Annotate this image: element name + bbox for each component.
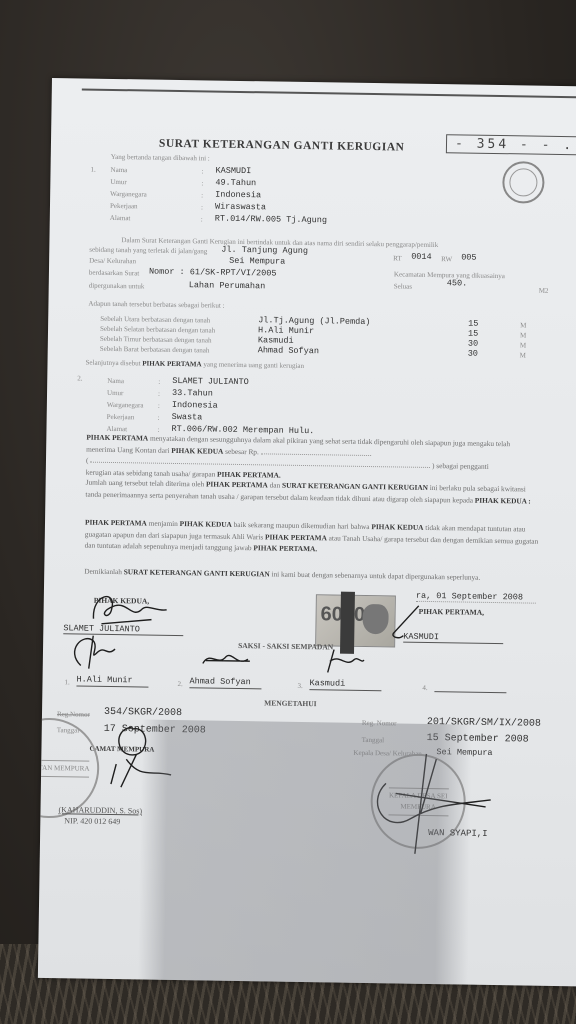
desa-value: Sei Mempura (229, 256, 285, 267)
luas-unit: M2 (539, 287, 549, 295)
surat-label: berdasarkan Surat (89, 269, 139, 278)
p1-a: PIHAK PERTAMA (86, 433, 148, 443)
left-name: (KAHARUDDIN, S. Sos) (58, 805, 142, 815)
field-colon: : (158, 390, 160, 398)
party1-index: 1. (91, 166, 96, 174)
intro-text: Yang bertanda tangan dibawah ini : (111, 153, 210, 163)
field-label: Umur (110, 178, 126, 186)
field-value: RT.014/RW.005 Tj.Agung (215, 214, 327, 226)
border-unit: M (520, 341, 526, 349)
outro-bold: PIHAK PERTAMA (142, 359, 201, 368)
field-colon: : (158, 402, 160, 410)
border-length: 30 (468, 339, 478, 349)
p2-c: dan (270, 480, 281, 489)
border-value: Ahmad Sofyan (258, 345, 319, 356)
field-label: Umur (107, 389, 123, 397)
party2-fields: Nama:SLAMET JULIANTOUmur:33.TahunWargane… (52, 78, 576, 86)
field-label: Nama (107, 377, 124, 385)
field-label: Nama (111, 166, 128, 174)
witness-index: 1. (64, 678, 69, 686)
border-value: Kasmudi (258, 335, 294, 346)
border-label: Sebelah Barat berbatasan dengan tanah (100, 345, 210, 355)
witness-name: Ahmad Sofyan (189, 676, 261, 689)
outro-post: yang menerima uang ganti kerugian (203, 360, 304, 370)
field-colon: : (201, 215, 203, 223)
left-reg-value: 354/SKGR/2008 (104, 707, 182, 719)
right-name: WAN SYAPI,I (428, 828, 488, 839)
left-nip: NIP. 420 012 649 (64, 816, 120, 826)
right-reg-value: 201/SKGR/SM/IX/2008 (427, 717, 541, 730)
party2-index: 2. (77, 374, 82, 382)
luas-value: 450. (447, 278, 468, 288)
field-label: Pekerjaan (110, 202, 138, 210)
mengetahui-title: MENGETAHUI (264, 698, 317, 708)
p4-a: Demikianlah (84, 567, 122, 577)
outro-pre: Selanjutnya disebut (85, 359, 140, 368)
borders-outro: Selanjutnya disebut PIHAK PERTAMA yang m… (85, 359, 304, 370)
left-reg-label: Reg.Nomor (57, 710, 90, 719)
p2-b: PIHAK PERTAMA (206, 479, 268, 489)
signature-witness-3 (318, 647, 368, 676)
p1-b: menyatakan dengan sesungguhnya dalam aka… (86, 434, 510, 455)
field-value: Swasta (172, 412, 203, 422)
top-stamp (502, 161, 545, 204)
witnesses-list: 1.H.Ali Munir2.Ahmad Sofyan3.Kasmudi4. (52, 78, 576, 86)
document-title: SURAT KETERANGAN GANTI KERUGIAN (159, 138, 405, 154)
surat-value: Nomor : 61/SK-RPT/VI/2005 (149, 267, 277, 279)
border-label: Sebelah Utara berbatasan dengan tanah (100, 315, 210, 325)
right-reg-label: Reg. Nomor (362, 719, 397, 728)
use-label: dipergunakan untuk (89, 282, 145, 291)
p3-c: PIHAK KEDUA (180, 519, 232, 529)
pihak-pertama-name: KASMUDI (403, 632, 503, 645)
witness-index: 2. (177, 680, 182, 688)
p1-c: PIHAK KEDUA (171, 445, 223, 455)
use-value: Lahan Perumahan (189, 280, 266, 291)
field-value: Wiraswasta (215, 202, 266, 213)
witness-name (434, 680, 506, 693)
field-colon: : (201, 179, 203, 187)
camat-stamp-text: KECAMATAN MEMPURA (38, 759, 90, 777)
field-label: Warganegara (107, 401, 144, 410)
border-length: 15 (468, 329, 478, 339)
p2-a: Jumlah uang tersebut telah diterima oleh (86, 478, 205, 489)
party1-fields: Nama:KASMUDIUmur:49.TahunWarganegara:Ind… (52, 78, 576, 86)
field-value: Indonesia (215, 190, 261, 201)
witness-index: 4. (422, 684, 427, 692)
border-unit: M (520, 321, 526, 329)
paragraph-3: PIHAK PERTAMA menjamin PIHAK KEDUA baik … (85, 517, 540, 559)
p1-d: sebesar Rp. (225, 446, 259, 456)
amount-blank (261, 453, 371, 456)
field-value: 49.Tahun (215, 178, 256, 189)
border-label: Sebelah Selatan berbatasan dengan tanah (100, 325, 215, 335)
pihak-pertama-label: PIHAK PERTAMA, (419, 607, 485, 617)
signature-witness-1 (63, 630, 134, 671)
revenue-stamp-strip (340, 592, 355, 654)
luas-label: Seluas (394, 282, 412, 290)
field-value: SLAMET JULIANTO (172, 376, 249, 387)
document-number-box: - 354 - - . - (446, 134, 576, 155)
place-date: ra, 01 September 2008 (416, 591, 536, 604)
p4-b: SURAT KETERANGAN GANTI KERUGIAN (124, 567, 270, 578)
p1-e: ) sebagai pengganti (432, 461, 489, 471)
top-rule (82, 88, 576, 98)
field-label: Warganegara (110, 190, 147, 199)
p3-b: menjamin (149, 519, 178, 528)
field-label: Alamat (110, 214, 131, 222)
field-colon: : (201, 191, 203, 199)
field-colon: : (201, 203, 203, 211)
document-page: SURAT KETERANGAN GANTI KERUGIAN - 354 - … (38, 78, 576, 986)
witness-name: H.Ali Munir (76, 674, 148, 687)
border-unit: M (520, 331, 526, 339)
street-value: Jl. Tanjung Agung (221, 245, 308, 256)
witness-name: Kasmudi (309, 678, 381, 691)
field-value: Indonesia (172, 400, 218, 411)
borders-intro: Adapun tanah tersebut berbatas sebagai b… (88, 300, 224, 310)
p3-d: baik sekarang maupun dikemudian hari bah… (234, 520, 370, 531)
rw-label: RW (441, 255, 452, 263)
border-length: 15 (468, 319, 478, 329)
signature-camat (91, 719, 182, 790)
field-value: 33.Tahun (172, 388, 213, 399)
desa-label: Desa/ Kelurahan (89, 257, 136, 266)
p4-c: ini kami buat dengan sebenarnya untuk da… (271, 570, 480, 582)
p1-g: PIHAK PERTAMA. (217, 469, 281, 479)
street-label: sebidang tanah yang terletak di jalan/ga… (89, 246, 207, 256)
field-colon: : (158, 378, 160, 386)
paragraph-4: Demikianlah SURAT KETERANGAN GANTI KERUG… (84, 566, 544, 585)
p2-f: PIHAK KEDUA : (475, 495, 531, 505)
field-colon: : (201, 167, 203, 175)
borders-list: Sebelah Utara berbatasan dengan tanahJl.… (52, 78, 576, 86)
field-colon: : (158, 414, 160, 422)
rt-label: RT (393, 254, 402, 262)
rt-value: 0014 (411, 252, 432, 262)
border-length: 30 (468, 349, 478, 359)
border-unit: M (520, 351, 526, 359)
p2-d: SURAT KETERANGAN GANTI KERUGIAN (282, 481, 428, 492)
p3-i: PIHAK PERTAMA. (253, 543, 317, 553)
field-value: KASMUDI (215, 166, 251, 177)
signature-witness-2 (198, 648, 258, 671)
signature-kepala-desa (365, 743, 497, 865)
rw-value: 005 (461, 252, 476, 262)
p3-e: PIHAK KEDUA (371, 522, 423, 532)
witness-index: 3. (297, 682, 302, 690)
p3-a: PIHAK PERTAMA (85, 518, 147, 528)
field-label: Pekerjaan (107, 413, 135, 421)
border-label: Sebelah Timur berbatasan dengan tanah (100, 335, 212, 345)
p3-g: PIHAK PERTAMA (265, 532, 327, 542)
